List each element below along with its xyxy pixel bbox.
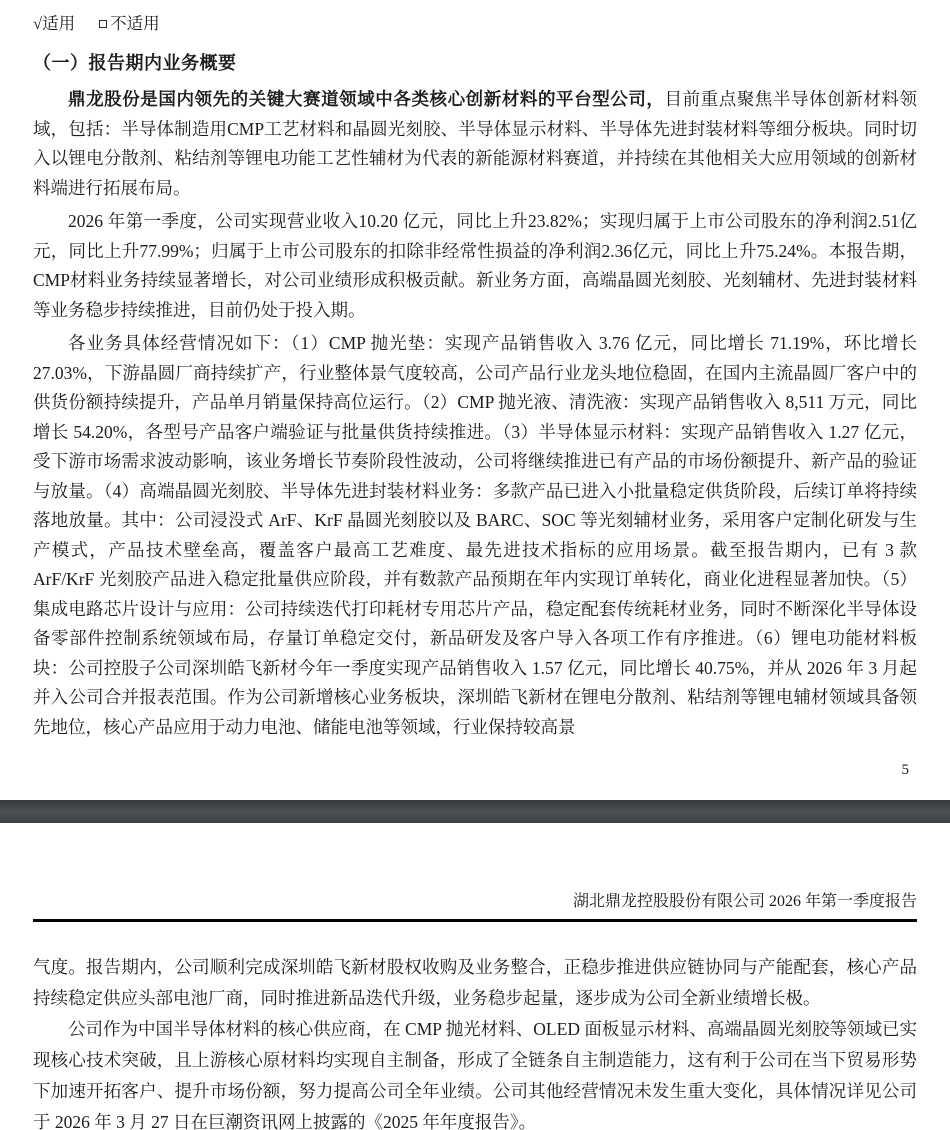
continuation-paragraph: 气度。报告期内，公司顺利完成深圳皓飞新材股权收购及业务整合，正稳步推进供应链协同…: [33, 952, 917, 1014]
not-applicable-label: 不适用: [110, 14, 160, 33]
section-heading: （一）报告期内业务概要: [33, 49, 917, 75]
business-detail-paragraph: 各业务具体经营情况如下：（1）CMP 抛光垫：实现产品销售收入 3.76 亿元，…: [33, 329, 917, 742]
report-page-5: √适用不适用 （一）报告期内业务概要 鼎龙股份是国内领先的关键大赛道领域中各类核…: [0, 0, 950, 800]
page-number: 5: [33, 762, 917, 779]
applicable-line: √适用不适用: [33, 13, 917, 35]
overview-bold-lead: 鼎龙股份是国内领先的关键大赛道领域中各类核心创新材料的平台型公司，: [68, 89, 665, 109]
supplier-paragraph: 公司作为中国半导体材料的核心供应商，在 CMP 抛光材料、OLED 面板显示材料…: [33, 1014, 917, 1130]
applicable-label: 适用: [42, 14, 75, 33]
check-icon: √: [33, 14, 42, 33]
q1-results-paragraph: 2026 年第一季度，公司实现营业收入10.20 亿元，同比上升23.82%；实…: [33, 207, 917, 325]
report-header: 湖北鼎龙控股股份有限公司 2026 年第一季度报告: [33, 891, 917, 913]
checkbox-empty-icon: [99, 20, 107, 28]
page-separator: [0, 800, 950, 823]
report-page-6: 湖北鼎龙控股股份有限公司 2026 年第一季度报告 气度。报告期内，公司顺利完成…: [0, 823, 950, 1130]
business-overview-paragraph: 鼎龙股份是国内领先的关键大赛道领域中各类核心创新材料的平台型公司，目前重点聚焦半…: [33, 85, 917, 203]
header-rule: [33, 919, 917, 922]
not-applicable-group: 不适用: [99, 14, 160, 33]
